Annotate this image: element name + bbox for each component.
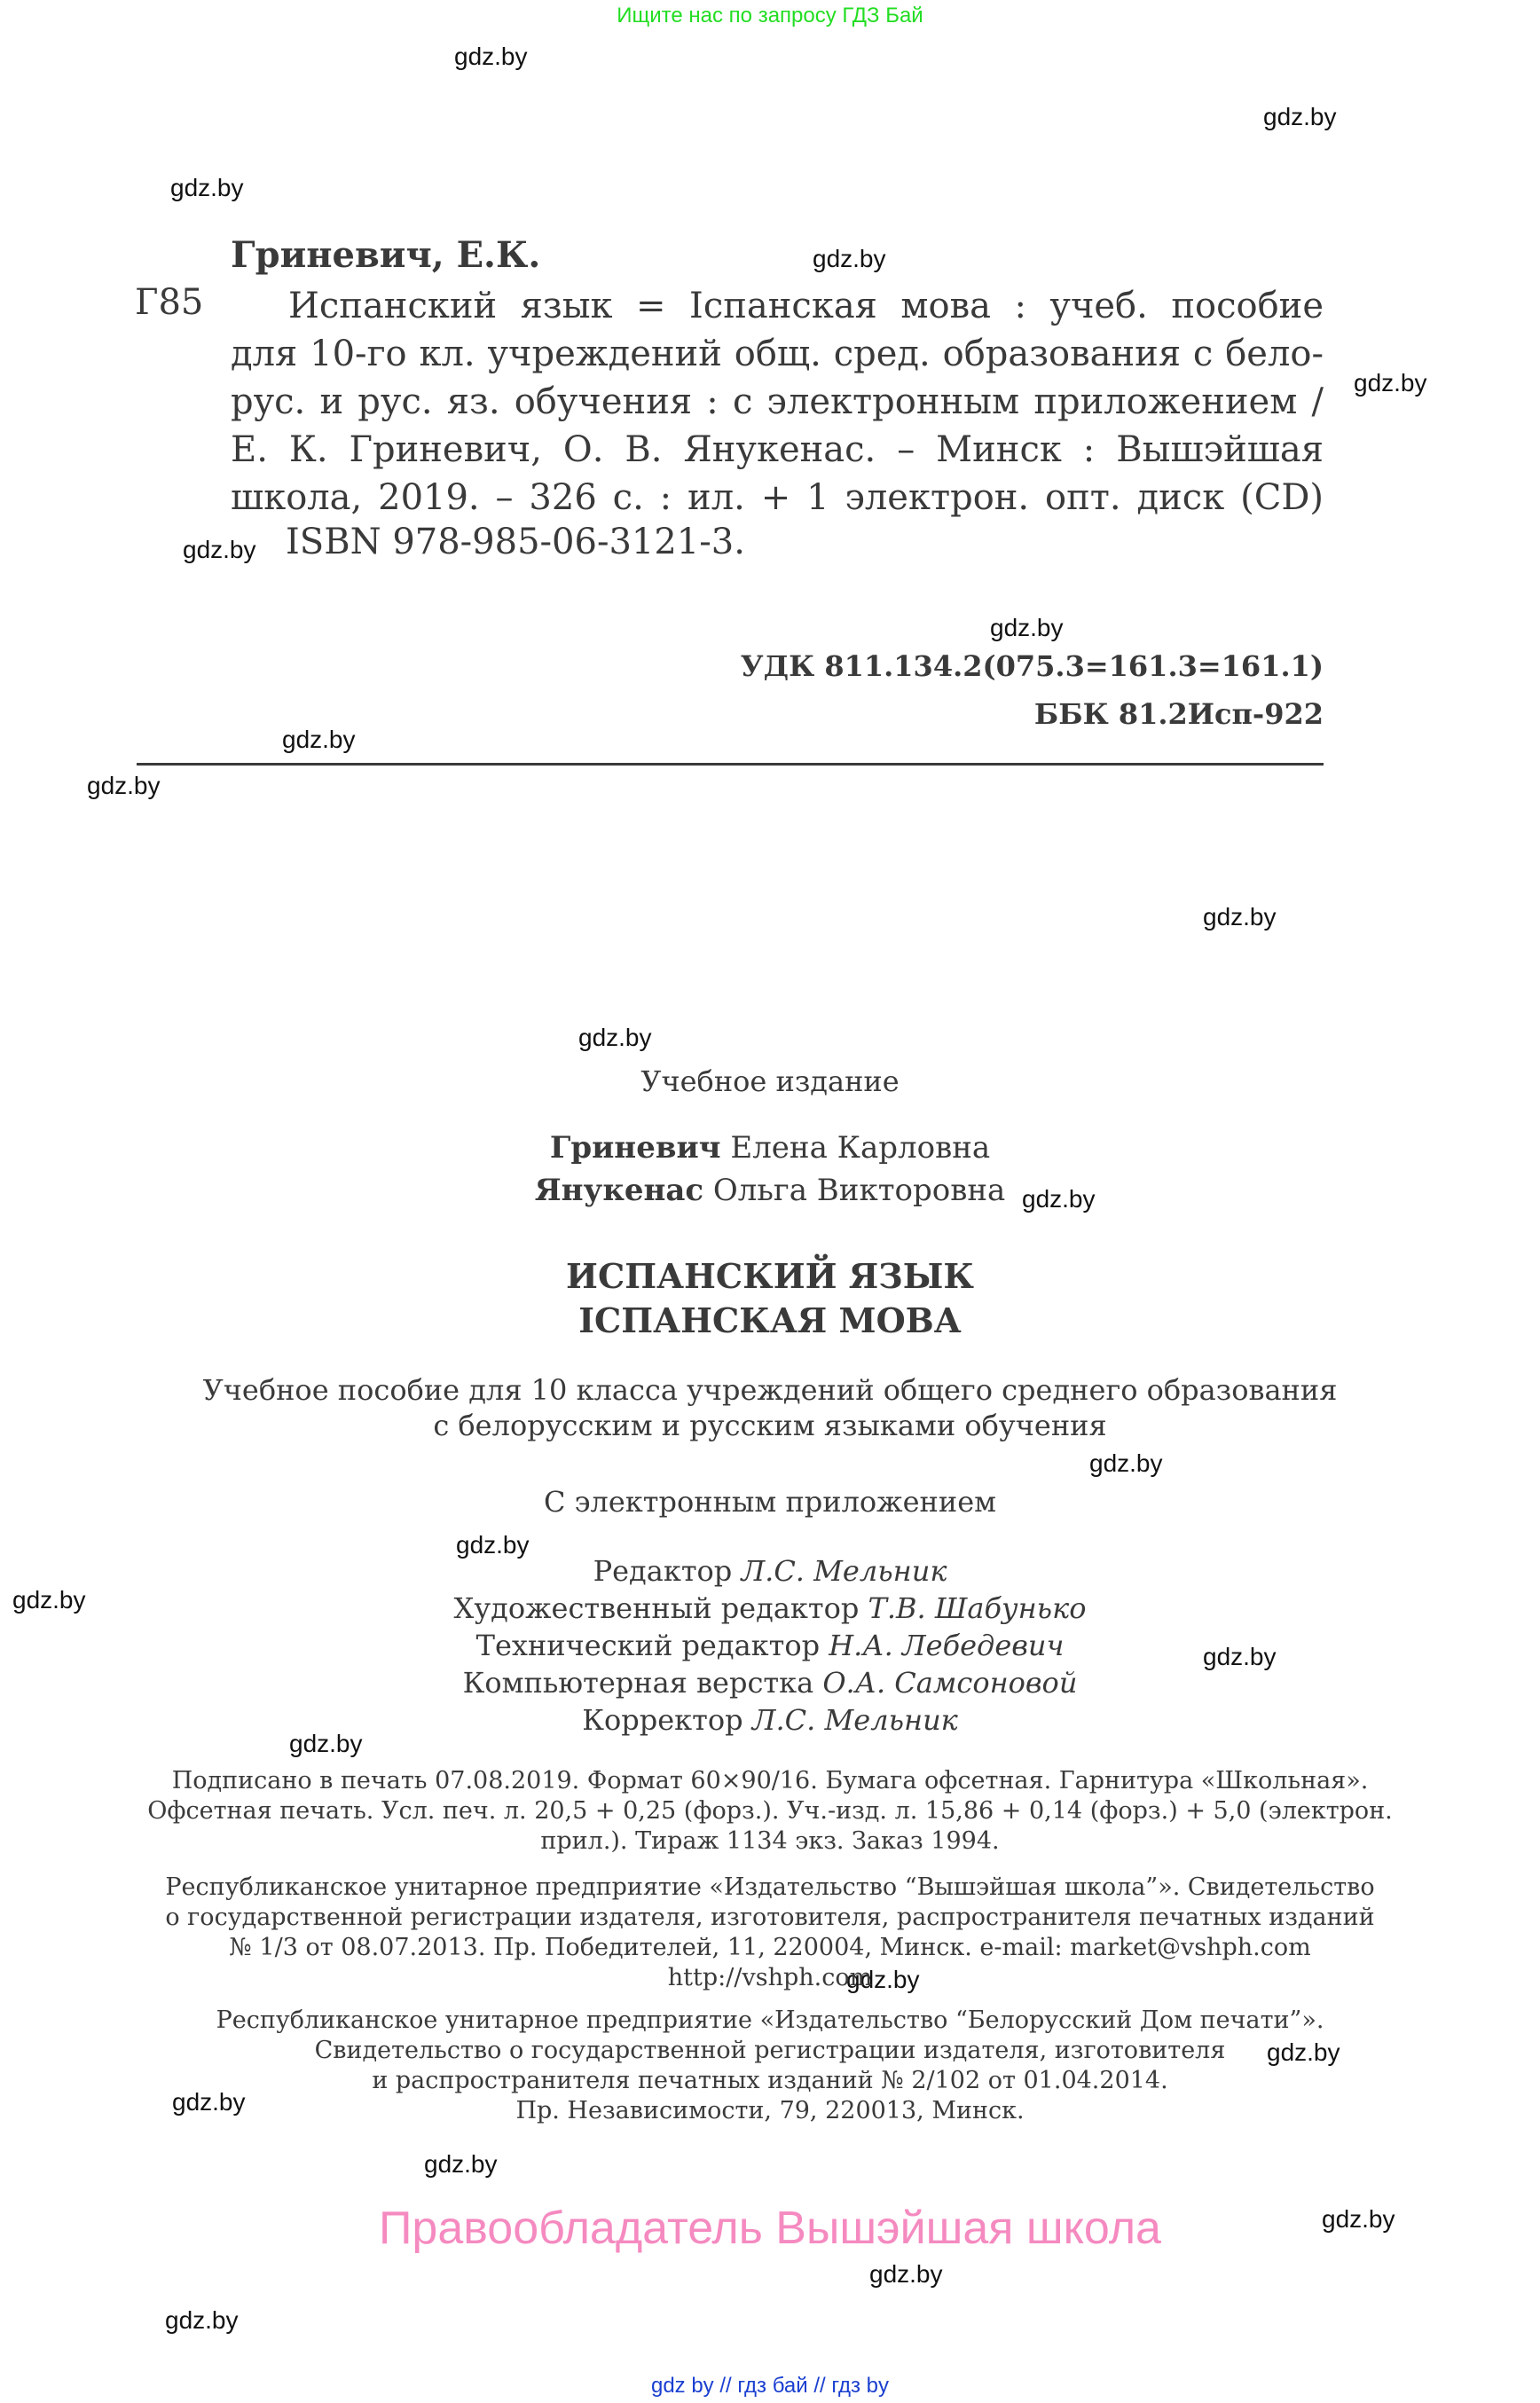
credit-role: Редактор	[593, 1554, 742, 1588]
book-subtitle: с белорусским и русским языками обучения	[0, 1409, 1540, 1442]
biblio-line: для 10-го кл. учреждений общ. сред. обра…	[231, 330, 1324, 378]
watermark: gdz.by	[813, 245, 886, 273]
watermark: gdz.by	[454, 43, 528, 71]
author-given-names: Ольга Викторовна	[703, 1173, 1005, 1208]
rights-holder-notice: Правообладатель Вышэйшая школа	[0, 2202, 1540, 2255]
watermark: gdz.by	[1203, 903, 1277, 931]
biblio-line: школа, 2019. – 326 с. : ил. + 1 электрон…	[231, 474, 1324, 522]
watermark: gdz.by	[170, 174, 244, 202]
biblio-line: Испанский язык = Іспанская мова : учеб. …	[231, 282, 1324, 330]
publisher-info[interactable]: № 1/3 от 08.07.2013. Пр. Победителей, 11…	[0, 1934, 1540, 1961]
bottom-site-links[interactable]: gdz by // гдз бай // гдз by	[0, 2374, 1540, 2399]
book-subtitle: Учебное пособие для 10 класса учреждений…	[0, 1373, 1540, 1407]
credit-line: Компьютерная верстка О.А. Самсоновой	[0, 1666, 1540, 1700]
publisher-website-link[interactable]: http://vshph.com	[0, 1964, 1540, 1991]
credit-name: О.А. Самсоновой	[822, 1666, 1077, 1700]
biblio-line: рус. и рус. яз. обучения : с электронным…	[231, 378, 1324, 426]
author-name: Гриневич Елена Карловна	[0, 1130, 1540, 1166]
appendix-note: С электронным приложением	[0, 1485, 1540, 1519]
isbn: ISBN 978-985-06-3121-3.	[286, 522, 745, 562]
credit-role: Компьютерная верстка	[463, 1666, 823, 1700]
section-divider	[137, 763, 1324, 766]
watermark: gdz.by	[578, 1024, 652, 1052]
classification-code: Г85	[135, 282, 203, 323]
author-name: Янукенас Ольга Викторовна	[0, 1173, 1540, 1208]
printer-info: Пр. Независимости, 79, 220013, Минск.	[0, 2097, 1540, 2124]
watermark: gdz.by	[1322, 2205, 1395, 2234]
publisher-info: о государственной регистрации издателя, …	[0, 1904, 1540, 1931]
credit-name: Л.С. Мельник	[752, 1703, 958, 1737]
print-details: Подписано в печать 07.08.2019. Формат 60…	[0, 1767, 1540, 1794]
watermark: gdz.by	[869, 2260, 943, 2289]
author-given-names: Елена Карловна	[721, 1130, 991, 1166]
credit-role: Корректор	[582, 1703, 752, 1737]
watermark: gdz.by	[990, 614, 1064, 642]
credit-name: Н.А. Лебедевич	[829, 1629, 1064, 1662]
edition-type: Учебное издание	[0, 1064, 1540, 1098]
credit-line: Технический редактор Н.А. Лебедевич	[0, 1629, 1540, 1662]
publisher-info: Республиканское унитарное предприятие «И…	[0, 1873, 1540, 1901]
print-details: прил.). Тираж 1134 экз. Заказ 1994.	[0, 1827, 1540, 1855]
credit-name: Л.С. Мельник	[741, 1554, 947, 1588]
watermark: gdz.by	[282, 726, 356, 754]
author-heading: Гриневич, Е.К.	[231, 234, 540, 276]
printer-info: Республиканское унитарное предприятие «И…	[0, 2006, 1540, 2034]
watermark: gdz.by	[165, 2306, 239, 2335]
author-surname: Янукенас	[535, 1173, 703, 1208]
watermark: gdz.by	[87, 772, 161, 800]
watermark: gdz.by	[1354, 369, 1427, 397]
watermark: gdz.by	[1263, 103, 1337, 131]
watermark: gdz.by	[424, 2150, 498, 2179]
top-search-banner: Ищите нас по запросу ГДЗ Бай	[0, 4, 1540, 28]
book-title-be: ІСПАНСКАЯ МОВА	[0, 1300, 1540, 1340]
biblio-line: Е. К. Гриневич, О. В. Янукенас. – Минск …	[231, 426, 1324, 474]
watermark: gdz.by	[1089, 1449, 1163, 1478]
printer-info: и распространителя печатных изданий № 2/…	[0, 2067, 1540, 2094]
print-details: Офсетная печать. Усл. печ. л. 20,5 + 0,2…	[0, 1797, 1540, 1825]
udk-code: УДК 811.134.2(075.3=161.3=161.1)	[741, 649, 1324, 683]
credit-line: Редактор Л.С. Мельник	[0, 1554, 1540, 1588]
bbk-code: ББК 81.2Исп-922	[1034, 697, 1324, 731]
watermark: gdz.by	[183, 536, 256, 564]
printer-info: Свидетельство о государственной регистра…	[0, 2037, 1540, 2064]
author-surname: Гриневич	[550, 1130, 721, 1166]
credit-role: Художественный редактор	[454, 1591, 868, 1625]
credit-name: Т.В. Шабунько	[868, 1591, 1087, 1625]
book-title-ru: ИСПАНСКИЙ ЯЗЫК	[0, 1256, 1540, 1296]
credit-line: Художественный редактор Т.В. Шабунько	[0, 1591, 1540, 1625]
credit-role: Технический редактор	[476, 1629, 829, 1662]
bibliographic-description: Испанский язык = Іспанская мова : учеб. …	[231, 282, 1324, 522]
credit-line: Корректор Л.С. Мельник	[0, 1703, 1540, 1737]
